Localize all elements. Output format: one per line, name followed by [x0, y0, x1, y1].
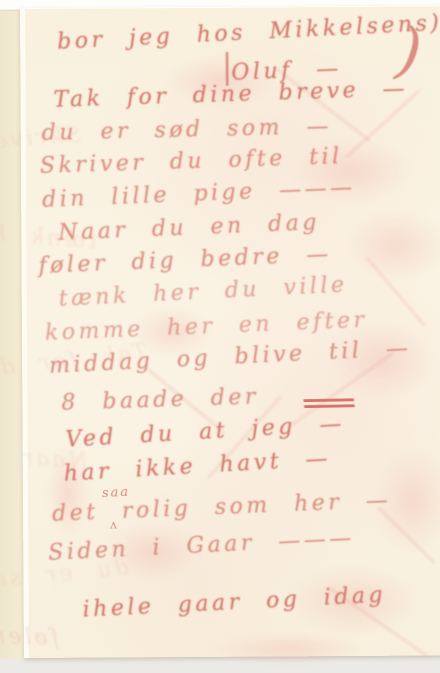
caret-mark: ʌ [110, 517, 117, 531]
ink-smudge [179, 626, 399, 672]
letter-paper: Skriver du ofte til tænk her du ville Ta… [20, 5, 440, 658]
handwriting-line: Naar du en dag [58, 210, 321, 246]
letter-scan: Skriver du ofte til tænk her du ville Ta… [0, 0, 440, 673]
inserted-word: saa [102, 485, 131, 502]
handwriting-line: bor jeg hos Mikkelsens) [57, 11, 440, 55]
handwriting-line: har ikke havt — [63, 446, 332, 487]
handwriting-line: 8 baade der [61, 384, 259, 415]
